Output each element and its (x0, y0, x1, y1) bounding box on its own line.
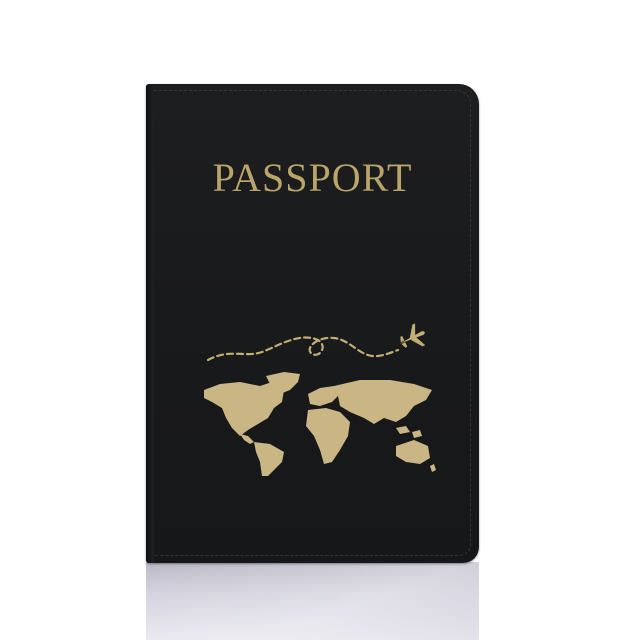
surface-reflection (146, 562, 479, 640)
flight-path (208, 337, 398, 360)
passport-cover: PASSPORT (146, 84, 479, 563)
cover-title: PASSPORT (146, 154, 479, 201)
world-map (204, 372, 436, 476)
cover-artwork (200, 310, 440, 476)
airplane-icon (394, 321, 430, 355)
